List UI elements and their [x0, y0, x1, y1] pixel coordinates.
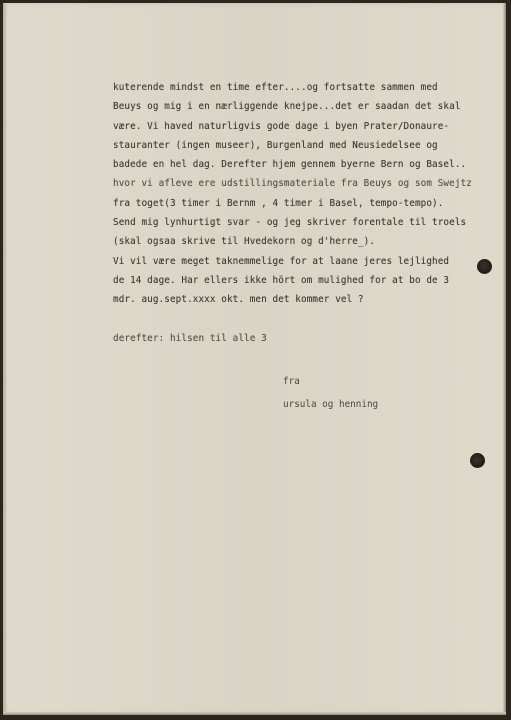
- body-line: de 14 dage. Har ellers ikke hört om muli…: [113, 271, 493, 290]
- body-line: (skal ogsaa skrive til Hvedekorn og d'he…: [113, 232, 493, 251]
- body-line: Vi vil være meget taknemmelige for at la…: [113, 252, 493, 271]
- page-edge-right: [503, 3, 506, 715]
- body-line: Send mig lynhurtigt svar - og jeg skrive…: [113, 213, 493, 232]
- body-line: stauranter (ingen museer), Burgenland me…: [113, 136, 493, 155]
- body-line: mdr. aug.sept.xxxx okt. men det kommer v…: [113, 290, 493, 309]
- punch-hole-icon: [470, 453, 485, 468]
- body-line: fra toget(3 timer i Bernm , 4 timer i Ba…: [113, 194, 493, 213]
- blank-line: [113, 310, 493, 329]
- letter-body: kuterende mindst en time efter....og for…: [113, 78, 493, 348]
- signature-names: ursula og henning: [283, 399, 378, 410]
- punch-hole-icon: [477, 259, 492, 274]
- body-line: være. Vi haved naturligvis gode dage i b…: [113, 117, 493, 136]
- body-line: kuterende mindst en time efter....og for…: [113, 78, 493, 97]
- body-line: hvor vi afleve ere udstillingsmateriale …: [113, 174, 493, 193]
- closing-line: derefter: hilsen til alle 3: [113, 329, 493, 348]
- page-edge-left: [3, 3, 7, 715]
- body-line: Beuys og mig i en nærliggende knejpe...d…: [113, 97, 493, 116]
- body-line: badede en hel dag. Derefter hjem gennem …: [113, 155, 493, 174]
- signature-from: fra: [283, 376, 300, 387]
- page-edge-bottom: [3, 712, 506, 715]
